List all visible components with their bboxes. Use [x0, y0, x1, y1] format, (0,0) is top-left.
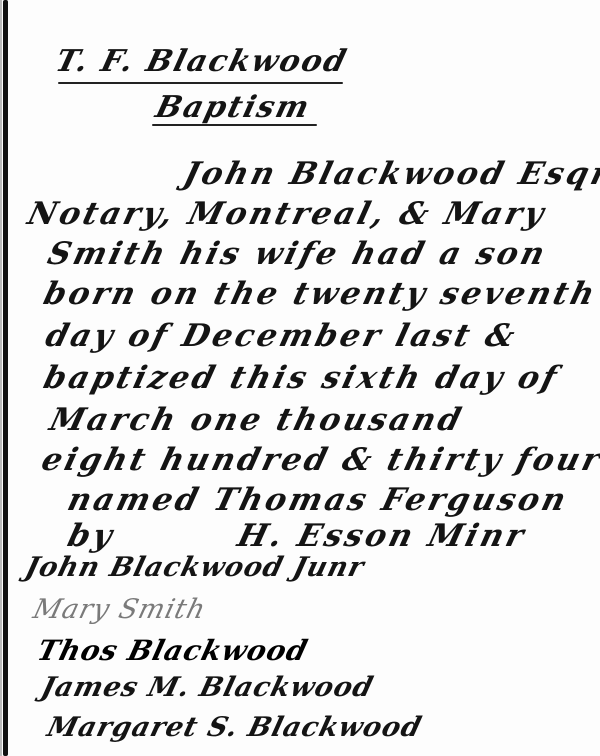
margin-heading-label: Baptism — [152, 90, 314, 125]
document-page: T. F. Blackwood Baptism John Blackwood E… — [0, 0, 600, 756]
label-underline — [152, 124, 317, 126]
entry-line: March one thousand — [46, 402, 467, 438]
entry-line: day of December last & — [42, 318, 521, 354]
page-edge — [0, 0, 2, 756]
margin-rule — [3, 0, 8, 756]
signature-mother: Mary Smith — [30, 594, 209, 625]
entry-line: eight hundred & thirty four — [38, 442, 600, 478]
signature-father: John Blackwood Junr — [22, 552, 368, 583]
entry-line: baptized this sixth day of — [40, 360, 563, 396]
signature-witness-margaret: Margaret S. Blackwood — [44, 712, 425, 743]
entry-line: Notary, Montreal, & Mary — [24, 196, 550, 232]
entry-line: born on the twenty seventh — [40, 276, 600, 312]
signature-witness-thos: Thos Blackwood — [34, 634, 312, 667]
margin-heading-name: T. F. Blackwood — [52, 44, 351, 79]
entry-line: named Thomas Ferguson — [64, 482, 572, 518]
heading-underline — [58, 82, 343, 84]
officiant-line: by H. Esson Minr — [64, 518, 530, 554]
entry-line: Smith his wife had a son — [44, 236, 551, 272]
signature-witness-james: James M. Blackwood — [38, 672, 377, 703]
entry-line: John Blackwood Esqr — [180, 156, 600, 192]
